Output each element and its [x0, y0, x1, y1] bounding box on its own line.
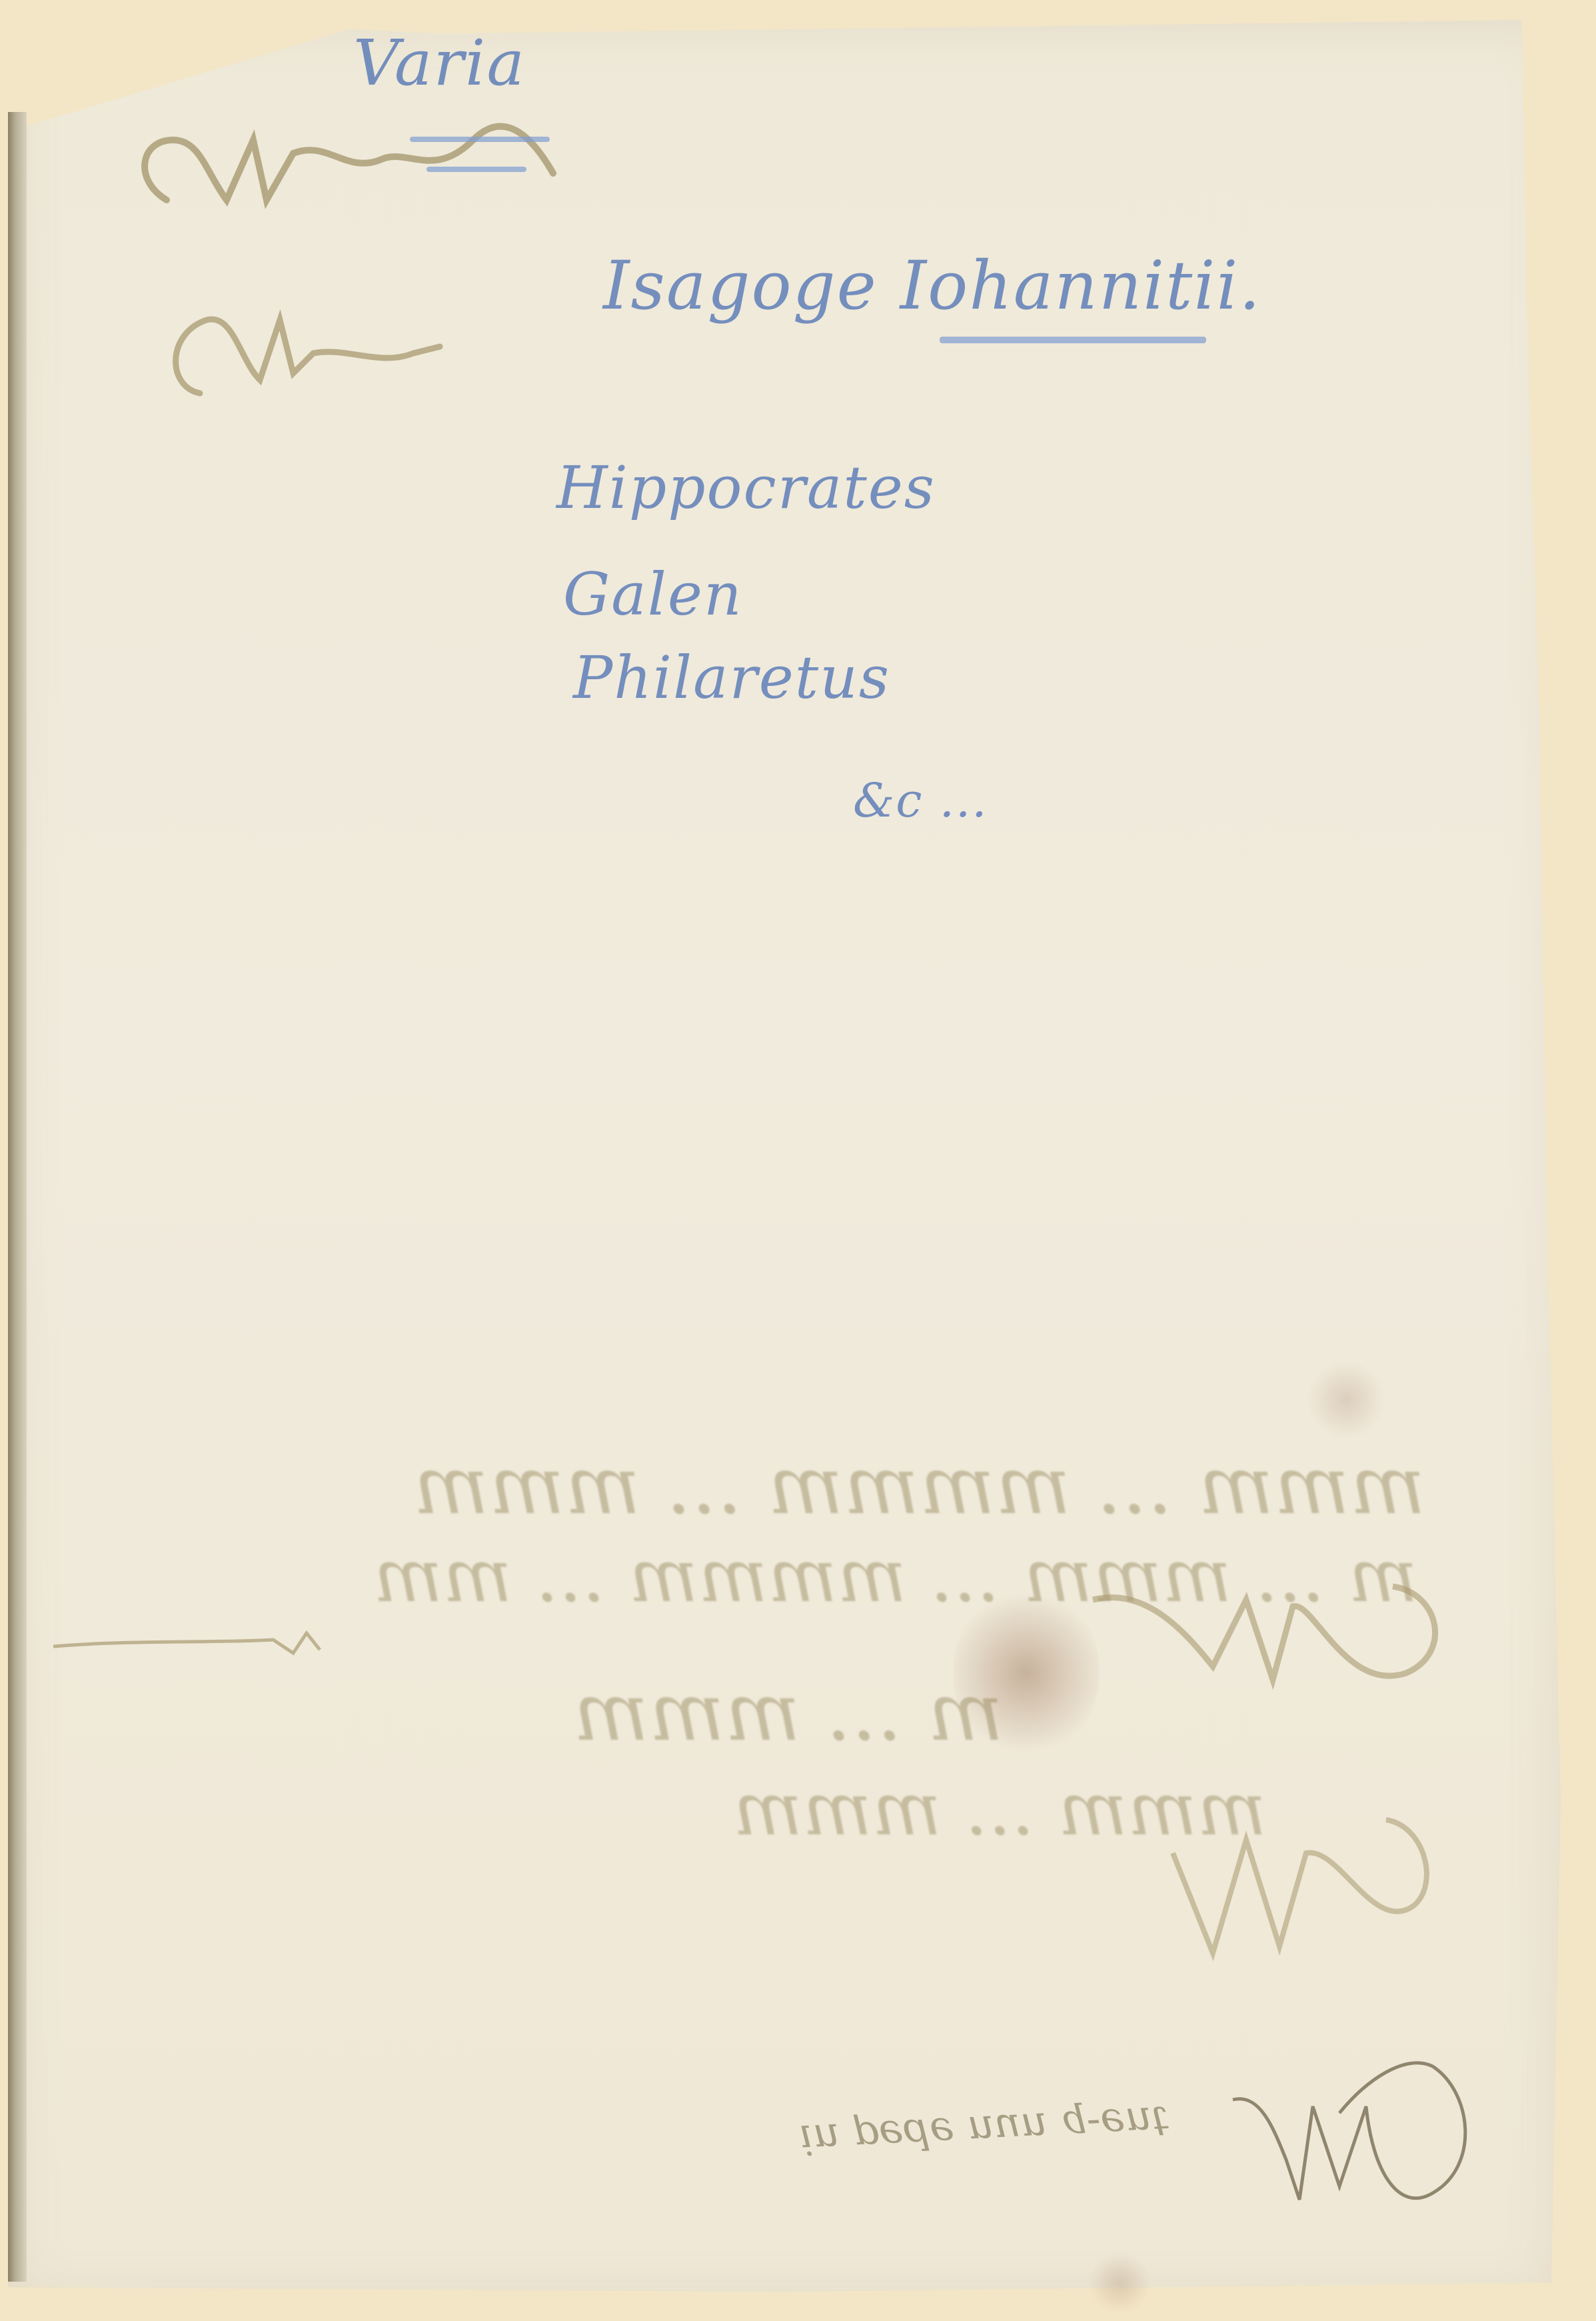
top-label-underline-2	[426, 167, 526, 172]
ink-flourish-bottom-m	[1233, 2053, 1499, 2226]
foxing-stain-center	[953, 1586, 1100, 1760]
ink-flourish-right-mid	[1093, 1520, 1466, 1720]
list-item-1: Hippocrates	[556, 453, 936, 522]
ink-flourish-right-lower	[1173, 1786, 1439, 1986]
offset-ink-line-1: mmm ... mmmm ... mmm	[413, 1440, 1425, 1532]
ink-flourish-top-2	[160, 293, 480, 427]
list-item-2: Galen	[563, 560, 743, 629]
offset-ink-line-3: m ... mmm	[573, 1666, 1004, 1759]
foxing-stain-bottom	[1086, 2253, 1153, 2313]
ink-flourish-left-stroke	[53, 1613, 426, 1666]
title-underline	[940, 337, 1206, 343]
ink-flourish-top-1	[127, 100, 593, 247]
list-item-3: Philaretus	[573, 643, 890, 712]
top-label-underline-1	[410, 137, 550, 142]
foxing-stain-top-right	[1306, 1360, 1386, 1440]
title: Isagoge Iohannitii.	[603, 247, 1261, 325]
etc-mark: &c ...	[853, 773, 988, 828]
binding-spine	[8, 112, 27, 2282]
top-label: Varia	[353, 27, 526, 100]
